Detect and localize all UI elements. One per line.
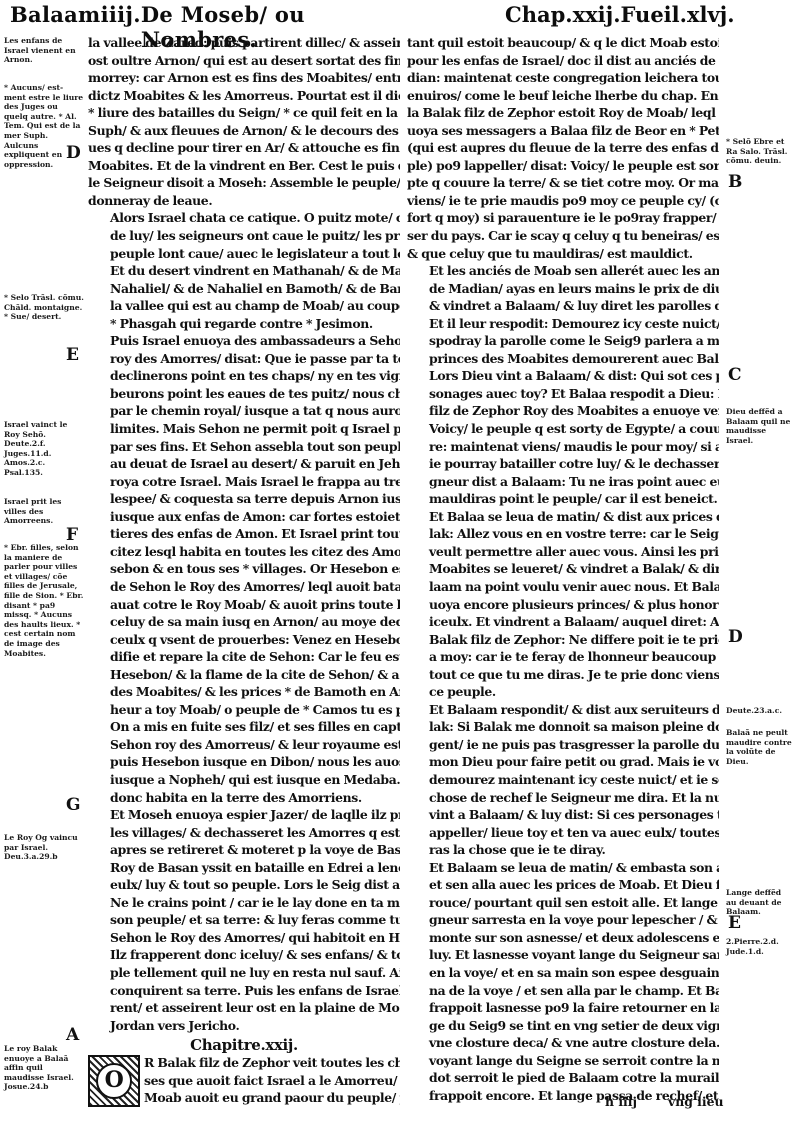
text-line: enuiros/ come le beuf leiche lherbe du c… (407, 87, 719, 105)
section-marker-letter: F (66, 525, 78, 545)
text-line: Moabites. Et de la vindrent en Ber. Cest… (88, 157, 400, 175)
margin-note: Le Roy Og vaincu par Israel. Deu.3.a.29.… (4, 833, 84, 862)
text-line: Et Balaam se leua de matin/ & embasta so… (407, 859, 719, 877)
document-page: Balaam iiij. De Moseb/ ou Nombres. Chap.… (0, 0, 794, 1132)
text-line: peuple lont caue/ auec le legislateur a … (88, 245, 400, 263)
margin-note: Le roy Balak enuoye a Balaã affin quil m… (4, 1044, 84, 1092)
text-line: ce peuple. (407, 683, 719, 701)
text-line: luy. Et lasnesse voyant lange du Seigneu… (407, 946, 719, 964)
section-marker-letter: A (66, 1025, 79, 1045)
running-head-right: Chap.xxij. Fueil.xlvj. (505, 2, 721, 32)
text-line: pour les enfas de Israel/ doc il dist au… (407, 52, 719, 70)
text-line: ost oultre Arnon/ qui est au desert sort… (88, 52, 400, 70)
text-line: les villages/ & dechasseret les Amorres … (88, 824, 400, 842)
section-marker-letter: E (728, 913, 741, 933)
text-line: sonages auec toy? Et Balaa respodit a Di… (407, 385, 719, 403)
text-line: de Madian/ ayas en leurs mains le prix d… (407, 280, 719, 298)
text-line: la Balak filz de Zephor estoit Roy de Mo… (407, 104, 719, 122)
text-line: veult permettre aller auec vous. Ainsi l… (407, 543, 719, 561)
text-line: tout ce que tu me diras. Je te prie donc… (407, 666, 719, 684)
text-line: gneur sarresta en la voye pour lepescher… (407, 911, 719, 929)
text-line: la vallee qui est au champ de Moab/ au c… (88, 297, 400, 315)
text-line: Roy de Basan yssit en bataille en Edrei … (88, 859, 400, 877)
text-line: eulx/ luy & tout so peuple. Lors le Seig… (88, 876, 400, 894)
text-line: limites. Mais Sehon ne permit poit q Isr… (88, 420, 400, 438)
text-line: gneur dist a Balaam: Tu ne iras point au… (407, 473, 719, 491)
text-line: voyant lange du Seigne se serroit contre… (407, 1052, 719, 1070)
text-line: dian: maintenat ceste congregation leich… (407, 69, 719, 87)
text-line: beurons point les eaues de tes puitz/ no… (88, 385, 400, 403)
text-line: ceulx q vsent de prouerbes: Venez en Hes… (88, 631, 400, 649)
paragraph: Et les anciés de Moab sen allerét auec l… (407, 262, 719, 367)
text-line: Sehon roy des Amorreus/ & leur royaume e… (88, 736, 400, 754)
text-line: fort q moy) si parauenture ie le po9ray … (407, 209, 719, 227)
text-line: morrey: car Arnon est es fins des Moabit… (88, 69, 400, 87)
running-head-chapter: Chap.xxij. (505, 2, 621, 32)
catchword: vng lieu (668, 1094, 724, 1109)
running-head-page: iiij. (101, 2, 141, 32)
text-line: Et il leur respodit: Demourez icy ceste … (407, 315, 719, 333)
text-line: auat cotre le Roy Moab/ & auoit prins to… (88, 596, 400, 614)
text-line: mauldiras point le peuple/ car il est be… (407, 490, 719, 508)
margin-note: Balaã ne peult maudire contre la volũte … (726, 728, 792, 766)
section-marker-letter: B (728, 172, 742, 192)
text-line: iceulx. Et vindrent a Balaam/ auquel dir… (407, 613, 719, 631)
text-line: spodray la parolle come le Seig9 parlera… (407, 332, 719, 350)
text-line: ras la chose que ie te diray. (407, 841, 719, 859)
text-line: * liure des batailles du Seign/ * ce qui… (88, 104, 400, 122)
text-line: tieres des enfas de Amon. Et Israel prin… (88, 525, 400, 543)
section-marker-letter: C (728, 365, 742, 385)
text-line: Voicy/ le peuple q est sorty de Egypte/ … (407, 420, 719, 438)
text-line: donneray de leaue. (88, 192, 400, 210)
chapter-opening: O R Balak filz de Zephor veit toutes les… (88, 1054, 400, 1107)
text-line: rouce/ pourtant quil sen estoit alle. Et… (407, 894, 719, 912)
signature-mark: h iiij (605, 1094, 637, 1109)
text-line: par le chemin royal/ iusque a tat q nous… (88, 402, 400, 420)
text-line: Alors Israel chata ce catique. O puitz m… (88, 209, 400, 227)
text-line: Moabites se leueret/ & vindret a Balak/ … (407, 560, 719, 578)
text-line: Hesebon/ & la flame de la cite de Sehon/… (88, 666, 400, 684)
text-line: Jordan vers Jericho. (88, 1017, 400, 1035)
text-line: heur a toy Moab/ o peuple de * Camos tu … (88, 701, 400, 719)
text-line: ple tellement quil ne luy en resta nul s… (88, 964, 400, 982)
paragraph: Lors Dieu vint a Balaam/ & dist: Qui sot… (407, 367, 719, 507)
section-marker-letter: D (728, 627, 743, 647)
text-line: des Moabites/ & les prices * de Bamoth e… (88, 683, 400, 701)
text-line: en la voye/ et en sa main son espee desg… (407, 964, 719, 982)
text-line: ple) po9 lappeller/ disat: Voicy/ le peu… (407, 157, 719, 175)
text-line: ues q decline pour tirer en Ar/ & attouc… (88, 139, 400, 157)
text-line: son peuple/ et sa terre: & luy feras com… (88, 911, 400, 929)
text-line: tant quil estoit beaucoup/ & q le dict M… (407, 34, 719, 52)
text-line: Sehon le Roy des Amorres/ qui habitoit e… (88, 929, 400, 947)
paragraph: Et Moseh enuoya espier Jazer/ de laqlle … (88, 806, 400, 1034)
text-line: chose de rechef le Seigneur me dira. Et … (407, 789, 719, 807)
paragraph: Et Balaa se leua de matin/ & dist aux pr… (407, 508, 719, 701)
text-line: Puis Israel enuoya des ambassadeurs a Se… (88, 332, 400, 350)
paragraph: Alors Israel chata ce catique. O puitz m… (88, 209, 400, 332)
margin-note: Israel prit les villes des Amorreens. (4, 497, 84, 526)
text-line: Lors Dieu vint a Balaam/ & dist: Qui sot… (407, 367, 719, 385)
text-line: re: maintenat viens/ maudis le pour moy/… (407, 438, 719, 456)
text-line: sebon & en tous ses * villages. Or Heseb… (88, 560, 400, 578)
margin-note: Dieu deffẽd a Balaam quil ne maudisse Is… (726, 407, 792, 445)
margin-note: * Ebr. filles, selon la maniere de parle… (4, 543, 84, 658)
text-line: dictz Moabites & les Amorreus. Pourtat e… (88, 87, 400, 105)
text-line: puis Hesebon iusque en Dibon/ nous les a… (88, 753, 400, 771)
text-line: appeller/ lieue toy et ten va auec eulx/… (407, 824, 719, 842)
text-line: Ilz frapperent donc iceluy/ & ses enfans… (88, 946, 400, 964)
text-line: Et du desert vindrent en Mathanah/ & de … (88, 262, 400, 280)
text-line: lak: Allez vous en en vostre terre: car … (407, 525, 719, 543)
text-line: Nahaliel/ & de Nahaliel en Bamoth/ & de … (88, 280, 400, 298)
margin-note: Deute.23.a.c. (726, 706, 792, 716)
margin-note: 2.Pierre.2.d. Jude.1.d. (726, 937, 792, 956)
text-line: au deuat de Israel au desert/ & paruit e… (88, 455, 400, 473)
text-line: par ses fins. Et Sehon assebla tout son … (88, 438, 400, 456)
text-line: Et Moseh enuoya espier Jazer/ de laqlle … (88, 806, 400, 824)
text-line: pte q couure la terre/ & se tiet cotre m… (407, 174, 719, 192)
running-head-left: Balaam iiij. De Moseb/ ou Nombres. (10, 2, 400, 32)
left-column: la vallee de Zared: puis partirent dille… (88, 34, 400, 1107)
text-line: lespee/ & coquesta sa terre depuis Arnon… (88, 490, 400, 508)
section-marker-letter: D (66, 143, 81, 163)
text-line: Et Balaam respondit/ & dist aux seruiteu… (407, 701, 719, 719)
text-line: uoya encore plusieurs princes/ & plus ho… (407, 596, 719, 614)
text-line: conquirent sa terre. Puis les enfans de … (88, 982, 400, 1000)
margin-note: Israel vainct le Roy Sehõ. Deute.2.f. Ju… (4, 420, 84, 478)
margin-note: Les enfans de Israel vienent en Arnon. (4, 36, 84, 65)
text-line: demourez maintenant icy ceste nuict/ et … (407, 771, 719, 789)
text-line: & que celuy que tu mauldiras/ est mauldi… (407, 245, 719, 263)
text-line: iusque a Nopheh/ qui est iusque en Medab… (88, 771, 400, 789)
text-line: a moy: car ie te feray de lhonneur beauc… (407, 648, 719, 666)
text-line: ge du Seig9 se tint en vng setier de deu… (407, 1017, 719, 1035)
paragraph: Et Balaam respondit/ & dist aux seruiteu… (407, 701, 719, 859)
text-line: Et Balaa se leua de matin/ & dist aux pr… (407, 508, 719, 526)
text-line: filz de Zephor Roy des Moabites a enuoye… (407, 402, 719, 420)
text-line: (qui est aupres du fleuue de la terre de… (407, 139, 719, 157)
text-line: de luy/ les seigneurs ont caue le puitz/… (88, 227, 400, 245)
section-marker-letter: G (66, 795, 81, 815)
paragraph: tant quil estoit beaucoup/ & q le dict M… (407, 34, 719, 262)
running-head-book: De Moseb/ ou Nombres. (141, 2, 400, 32)
text-line: difie et repare la cite de Sehon: Car le… (88, 648, 400, 666)
text-line: viens/ ie te prie maudis po9 moy ce peup… (407, 192, 719, 210)
paragraph: Puis Israel enuoya des ambassadeurs a Se… (88, 332, 400, 806)
text-line: apres se retireret & moteret p la voye d… (88, 841, 400, 859)
text-line: Ne le crains point / car ie le lay done … (88, 894, 400, 912)
margin-note: * Selõ Ebre et Ra Salo. Trãsl. cõmu. deu… (726, 137, 792, 166)
drop-cap-letter: O (96, 1063, 132, 1099)
text-line: vne closture deca/ & vne autre closture … (407, 1034, 719, 1052)
text-line: citez lesql habita en toutes les citez d… (88, 543, 400, 561)
text-line: iusque aux enfas de Amon: car fortes est… (88, 508, 400, 526)
text-line: la vallee de Zared: puis partirent dille… (88, 34, 400, 52)
text-line: On a mis en fuite ses filz/ et ses fille… (88, 718, 400, 736)
text-line: et sen alla auec les prices de Moab. Et … (407, 876, 719, 894)
text-line: Et les anciés de Moab sen allerét auec l… (407, 262, 719, 280)
chapter-heading: Chapitre.xxij. (88, 1036, 400, 1054)
section-marker-letter: E (66, 345, 79, 365)
text-line: lak: Si Balak me donnoit sa maison plein… (407, 718, 719, 736)
text-line: frappoit lasnesse po9 la faire retourner… (407, 999, 719, 1017)
text-line: celuy de sa main iusq en Arnon/ au moye … (88, 613, 400, 631)
text-line: laam na point voulu venir auec nous. Et … (407, 578, 719, 596)
right-column: tant quil estoit beaucoup/ & q le dict M… (407, 34, 719, 1104)
text-line: Balak filz de Zephor: Ne differe poit ie… (407, 631, 719, 649)
text-line: le Seigneur disoit a Moseh: Assemble le … (88, 174, 400, 192)
margin-note: * Selo Trãsl. cõmu. Chãld. montaigne. * … (4, 293, 84, 322)
text-line: gent/ ie ne puis pas trasgresser la paro… (407, 736, 719, 754)
text-line: ie pourray batailler cotre luy/ & le dec… (407, 455, 719, 473)
text-line: uoya ses messagers a Balaa filz de Beor … (407, 122, 719, 140)
text-line: rent/ et asseirent leur ost en la plaine… (88, 999, 400, 1017)
text-line: & vindret a Balaam/ & luy diret les paro… (407, 297, 719, 315)
text-line: monte sur son asnesse/ et deux adolescen… (407, 929, 719, 947)
text-line: de Sehon le Roy des Amorres/ leql auoit … (88, 578, 400, 596)
paragraph: la vallee de Zared: puis partirent dille… (88, 34, 400, 209)
text-line: mon Dieu pour faire petit ou grad. Mais … (407, 753, 719, 771)
text-line: na de la voye / et sen alla par le champ… (407, 982, 719, 1000)
paragraph: Et Balaam se leua de matin/ & embasta so… (407, 859, 719, 1105)
ornamental-initial-icon: O (88, 1055, 140, 1107)
text-line: roya cotre Israel. Mais Israel le frappa… (88, 473, 400, 491)
text-line: Suph/ & aux fleuues de Arnon/ & le decou… (88, 122, 400, 140)
text-line: ser du pays. Car ie scay q celuy q tu be… (407, 227, 719, 245)
running-head-folio: Fueil.xlvj. (621, 2, 735, 32)
text-line: roy des Amorres/ disat: Que ie passe par… (88, 350, 400, 368)
text-line: princes des Moabites demourerent auec Ba… (407, 350, 719, 368)
text-line: declinerons point en tes chaps/ ny en te… (88, 367, 400, 385)
text-line: dot serroit le pied de Balaam cotre la m… (407, 1069, 719, 1087)
text-line: vint a Balaam/ & luy dist: Si ces person… (407, 806, 719, 824)
text-line: * Phasgah qui regarde contre * Jesimon. (88, 315, 400, 333)
text-line: donc habita en la terre des Amorriens. (88, 789, 400, 807)
running-head-title: Balaam (10, 2, 101, 32)
